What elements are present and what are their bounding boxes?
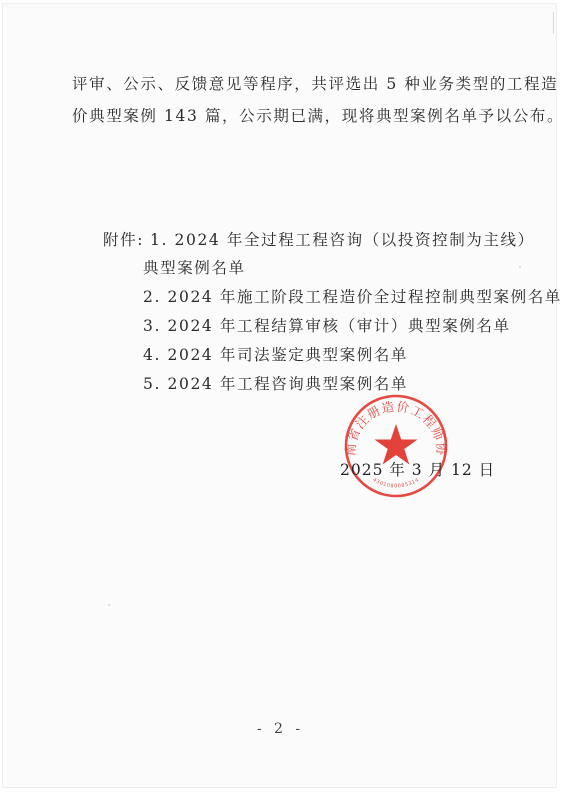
body-paragraph-line-2: 价典型案例 143 篇，公示期已满，现将典型案例名单予以公布。	[72, 106, 542, 126]
signature-date: 2025 年 3 月 12 日	[340, 458, 495, 480]
page-number: - 2 -	[0, 721, 561, 737]
attachment-item-4: 4. 2024 年司法鉴定典型案例名单	[143, 343, 408, 365]
attachment-item-3: 3. 2024 年工程结算审核（审计）典型案例名单	[143, 314, 511, 336]
attachment-item-1-continuation: 典型案例名单	[143, 256, 246, 278]
attachment-item-2: 2. 2024 年施工阶段工程造价全过程控制典型案例名单	[143, 285, 561, 307]
scan-speck	[468, 298, 470, 300]
scan-edge-mark	[553, 12, 554, 34]
scan-speck	[108, 604, 110, 606]
scan-speck	[519, 266, 521, 268]
attachments-label: 附件:	[103, 228, 144, 250]
seal-stamp-icon: 湖南省注册造价工程师协会 4301080085314	[333, 390, 459, 498]
attachment-item-1: 1. 2024 年全过程工程咨询（以投资控制为主线）	[150, 228, 535, 250]
body-paragraph-line-1: 评审、公示、反馈意见等程序，共评选出 5 种业务类型的工程造	[72, 74, 542, 94]
official-seal: 湖南省注册造价工程师协会 4301080085314	[333, 390, 459, 498]
